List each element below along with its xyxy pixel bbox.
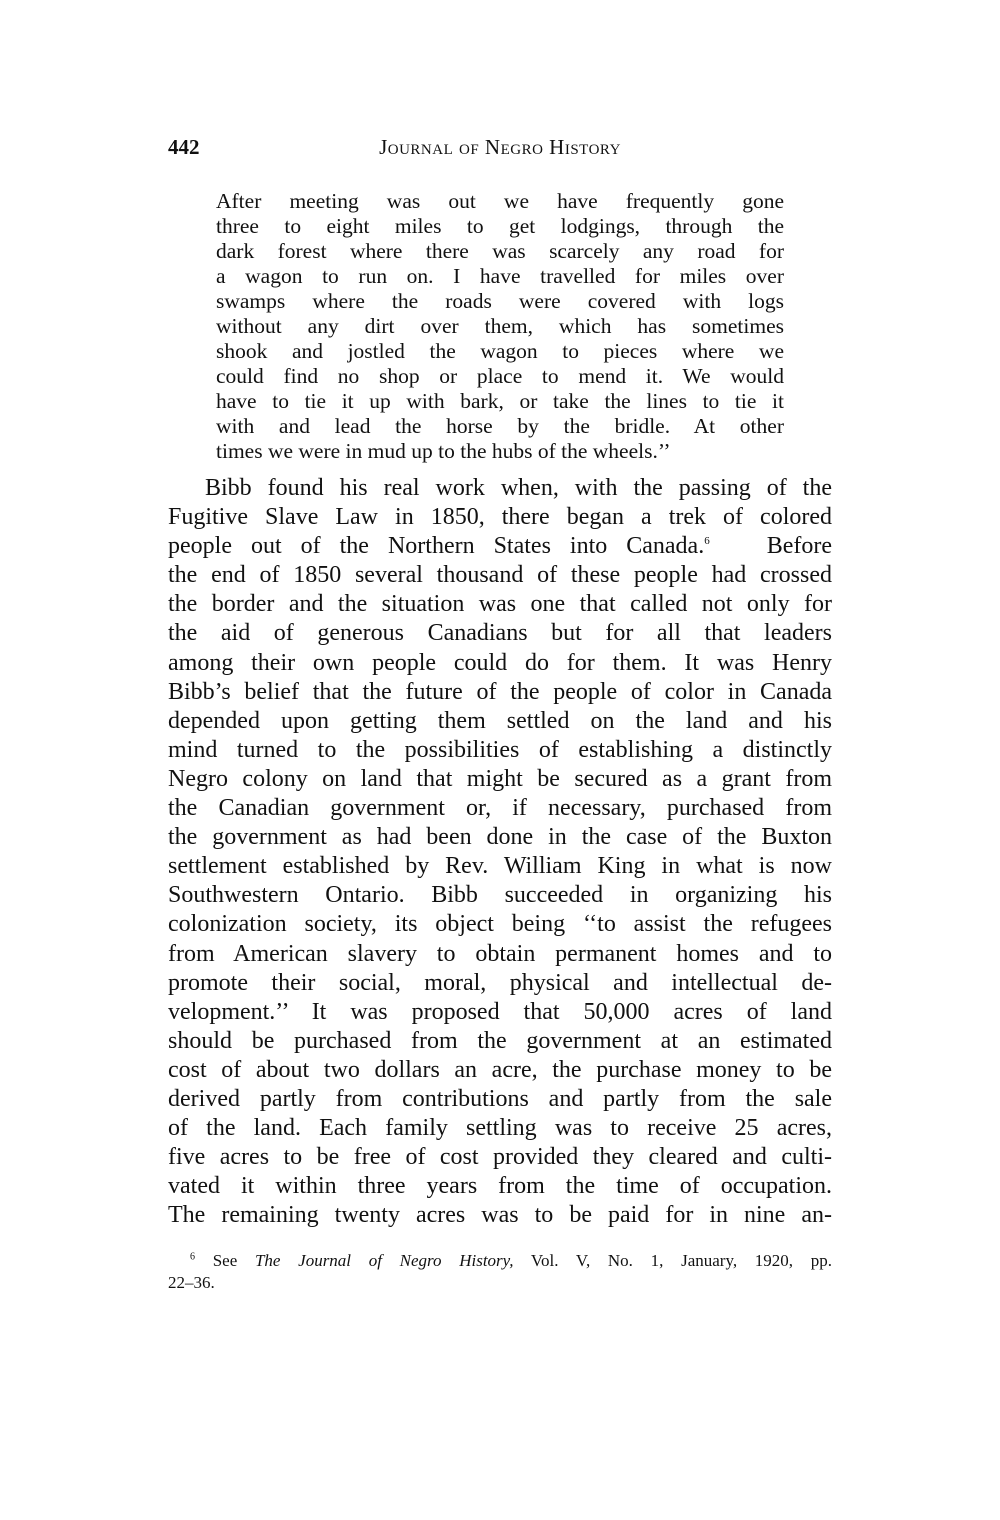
body-line: of the land. Each family settling was to…	[168, 1114, 832, 1143]
quote-line: times we were in mud up to the hubs of t…	[216, 439, 784, 464]
body-line: the Canadian government or, if necessary…	[168, 794, 832, 823]
body-line: among their own people could do for them…	[168, 649, 832, 678]
quote-line: swamps where the roads were covered with…	[216, 289, 784, 314]
quote-line: a wagon to run on. I have travelled for …	[216, 264, 784, 289]
body-line: depended upon getting them settled on th…	[168, 707, 832, 736]
document-page: 442 Journal of Negro History After meeti…	[0, 0, 1000, 1520]
quote-line: with and lead the horse by the bridle. A…	[216, 414, 784, 439]
footnote-journal-title: The Journal of Negro History,	[255, 1251, 514, 1270]
quote-line: dark forest where there was scarcely any…	[216, 239, 784, 264]
body-line: Southwestern Ontario. Bibb succeeded in …	[168, 881, 832, 910]
footnote-citation: Vol. V, No. 1, January, 1920, pp.	[531, 1251, 832, 1270]
page-header: 442 Journal of Negro History	[168, 135, 832, 163]
body-line: promote their social, moral, physical an…	[168, 969, 832, 998]
body-line: the end of 1850 several thousand of thes…	[168, 561, 832, 590]
body-line: settlement established by Rev. William K…	[168, 852, 832, 881]
footnote-see: See	[213, 1251, 238, 1270]
body-line: The remaining twenty acres was to be pai…	[168, 1201, 832, 1230]
body-line-with-footnote: people out of the Northern States into C…	[168, 532, 832, 561]
body-line: Bibb found his real work when, with the …	[168, 474, 832, 503]
body-line: colonization society, its object being ‘…	[168, 910, 832, 939]
body-line: Fugitive Slave Law in 1850, there began …	[168, 503, 832, 532]
footnote-line: 6 See The Journal of Negro History, Vol.…	[168, 1250, 832, 1272]
body-line: from American slavery to obtain permanen…	[168, 940, 832, 969]
footnote-marker: 6	[190, 1251, 195, 1262]
quote-line: without any dirt over them, which has so…	[216, 314, 784, 339]
body-line: mind turned to the possibilities of esta…	[168, 736, 832, 765]
body-line: Bibb’s belief that the future of the peo…	[168, 678, 832, 707]
body-line-text: people out of the Northern States into C…	[168, 533, 704, 559]
body-line: Negro colony on land that might be secur…	[168, 765, 832, 794]
body-line: should be purchased from the government …	[168, 1027, 832, 1056]
body-line: the government as had been done in the c…	[168, 823, 832, 852]
body-line: velopment.’’ It was proposed that 50,000…	[168, 998, 832, 1027]
footnote-line: 22–36.	[168, 1272, 832, 1294]
quote-line: shook and jostled the wagon to pieces wh…	[216, 339, 784, 364]
quote-line: could find no shop or place to mend it. …	[216, 364, 784, 389]
quote-line: three to eight miles to get lodgings, th…	[216, 214, 784, 239]
quote-line: After meeting was out we have frequently…	[216, 189, 784, 214]
block-quote: After meeting was out we have frequently…	[216, 189, 784, 464]
footnote: 6 See The Journal of Negro History, Vol.…	[168, 1250, 832, 1294]
body-line-text: Before	[767, 533, 832, 559]
body-line: five acres to be free of cost provided t…	[168, 1143, 832, 1172]
body-line: cost of about two dollars an acre, the p…	[168, 1056, 832, 1085]
body-line: vated it within three years from the tim…	[168, 1172, 832, 1201]
body-line: the border and the situation was one tha…	[168, 590, 832, 619]
running-head: Journal of Negro History	[168, 135, 832, 160]
body-paragraph: Bibb found his real work when, with the …	[168, 474, 832, 1230]
body-line: the aid of generous Canadians but for al…	[168, 619, 832, 648]
body-line: derived partly from contributions and pa…	[168, 1085, 832, 1114]
quote-line: have to tie it up with bark, or take the…	[216, 389, 784, 414]
